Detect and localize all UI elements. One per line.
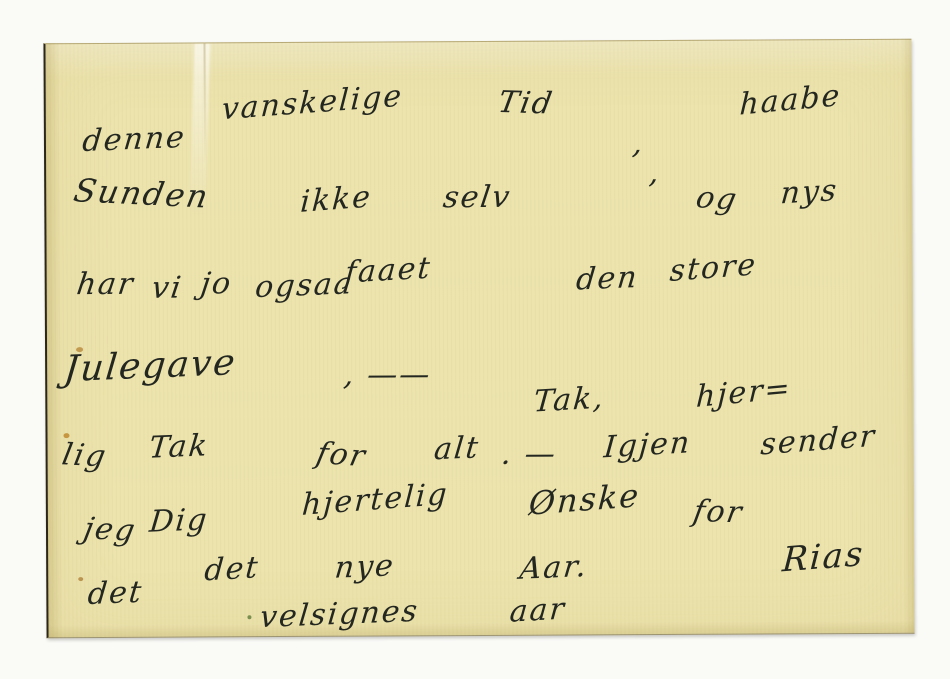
handwriting-word: , —— xyxy=(342,360,433,390)
handwriting-word: faaet xyxy=(344,254,433,289)
handwriting-word: Sunden xyxy=(71,174,212,212)
handwriting-word: nys xyxy=(779,176,839,210)
handwriting-word: Tak xyxy=(148,431,211,464)
handwriting-word: aar xyxy=(509,594,568,627)
handwriting-word: det xyxy=(203,553,260,586)
handwriting-word: den xyxy=(575,263,640,296)
handwriting-word: Julegave xyxy=(62,345,238,388)
handwriting-word: store xyxy=(669,250,758,287)
handwriting-word: selv xyxy=(441,183,513,213)
handwriting-word: vi xyxy=(150,274,185,304)
handwriting-word: og xyxy=(693,183,740,215)
handwriting-word: denne xyxy=(81,123,187,157)
handwriting-word: ikke xyxy=(299,182,372,218)
handwriting-word: , xyxy=(631,129,647,159)
handwriting-word: haabe xyxy=(739,81,842,121)
handwriting-word: sender xyxy=(760,422,877,461)
handwriting-word: Ønske xyxy=(528,479,641,520)
handwriting-word: hjertelig xyxy=(301,480,449,521)
handwriting-word: velsignes xyxy=(259,597,421,634)
handwriting-word: har xyxy=(75,270,137,300)
handwriting-word: Igjen xyxy=(603,428,693,463)
handwriting-word: lig xyxy=(60,440,110,472)
handwriting-word: jo xyxy=(199,269,234,299)
handwriting-word: nye xyxy=(333,551,396,584)
handwriting-word: ’ xyxy=(644,177,660,207)
handwriting-word: Aar. xyxy=(518,552,589,585)
handwriting-word: for xyxy=(314,439,370,472)
handwriting-word: det xyxy=(86,578,144,610)
handwriting-word: for xyxy=(691,497,746,528)
handwriting-word: Tid xyxy=(496,88,556,119)
handwriting-word: Tak, xyxy=(532,383,606,417)
handwriting-word: Dig xyxy=(148,505,210,538)
handwriting-word: hjer= xyxy=(695,374,792,413)
handwriting-layer: dennevanskeligeTid,haabeSundenikkeselv’o… xyxy=(45,40,914,638)
handwriting-word: . — xyxy=(500,440,559,470)
handwriting-word: vanskelige xyxy=(221,81,404,125)
handwriting-word: jeg xyxy=(81,514,139,546)
signature: Rias xyxy=(781,537,865,577)
handwritten-card: dennevanskeligeTid,haabeSundenikkeselv’o… xyxy=(43,39,914,639)
handwriting-word: ogsaa xyxy=(254,269,355,303)
handwriting-word: alt xyxy=(433,433,482,465)
scan-background: dennevanskeligeTid,haabeSundenikkeselv’o… xyxy=(0,0,950,679)
